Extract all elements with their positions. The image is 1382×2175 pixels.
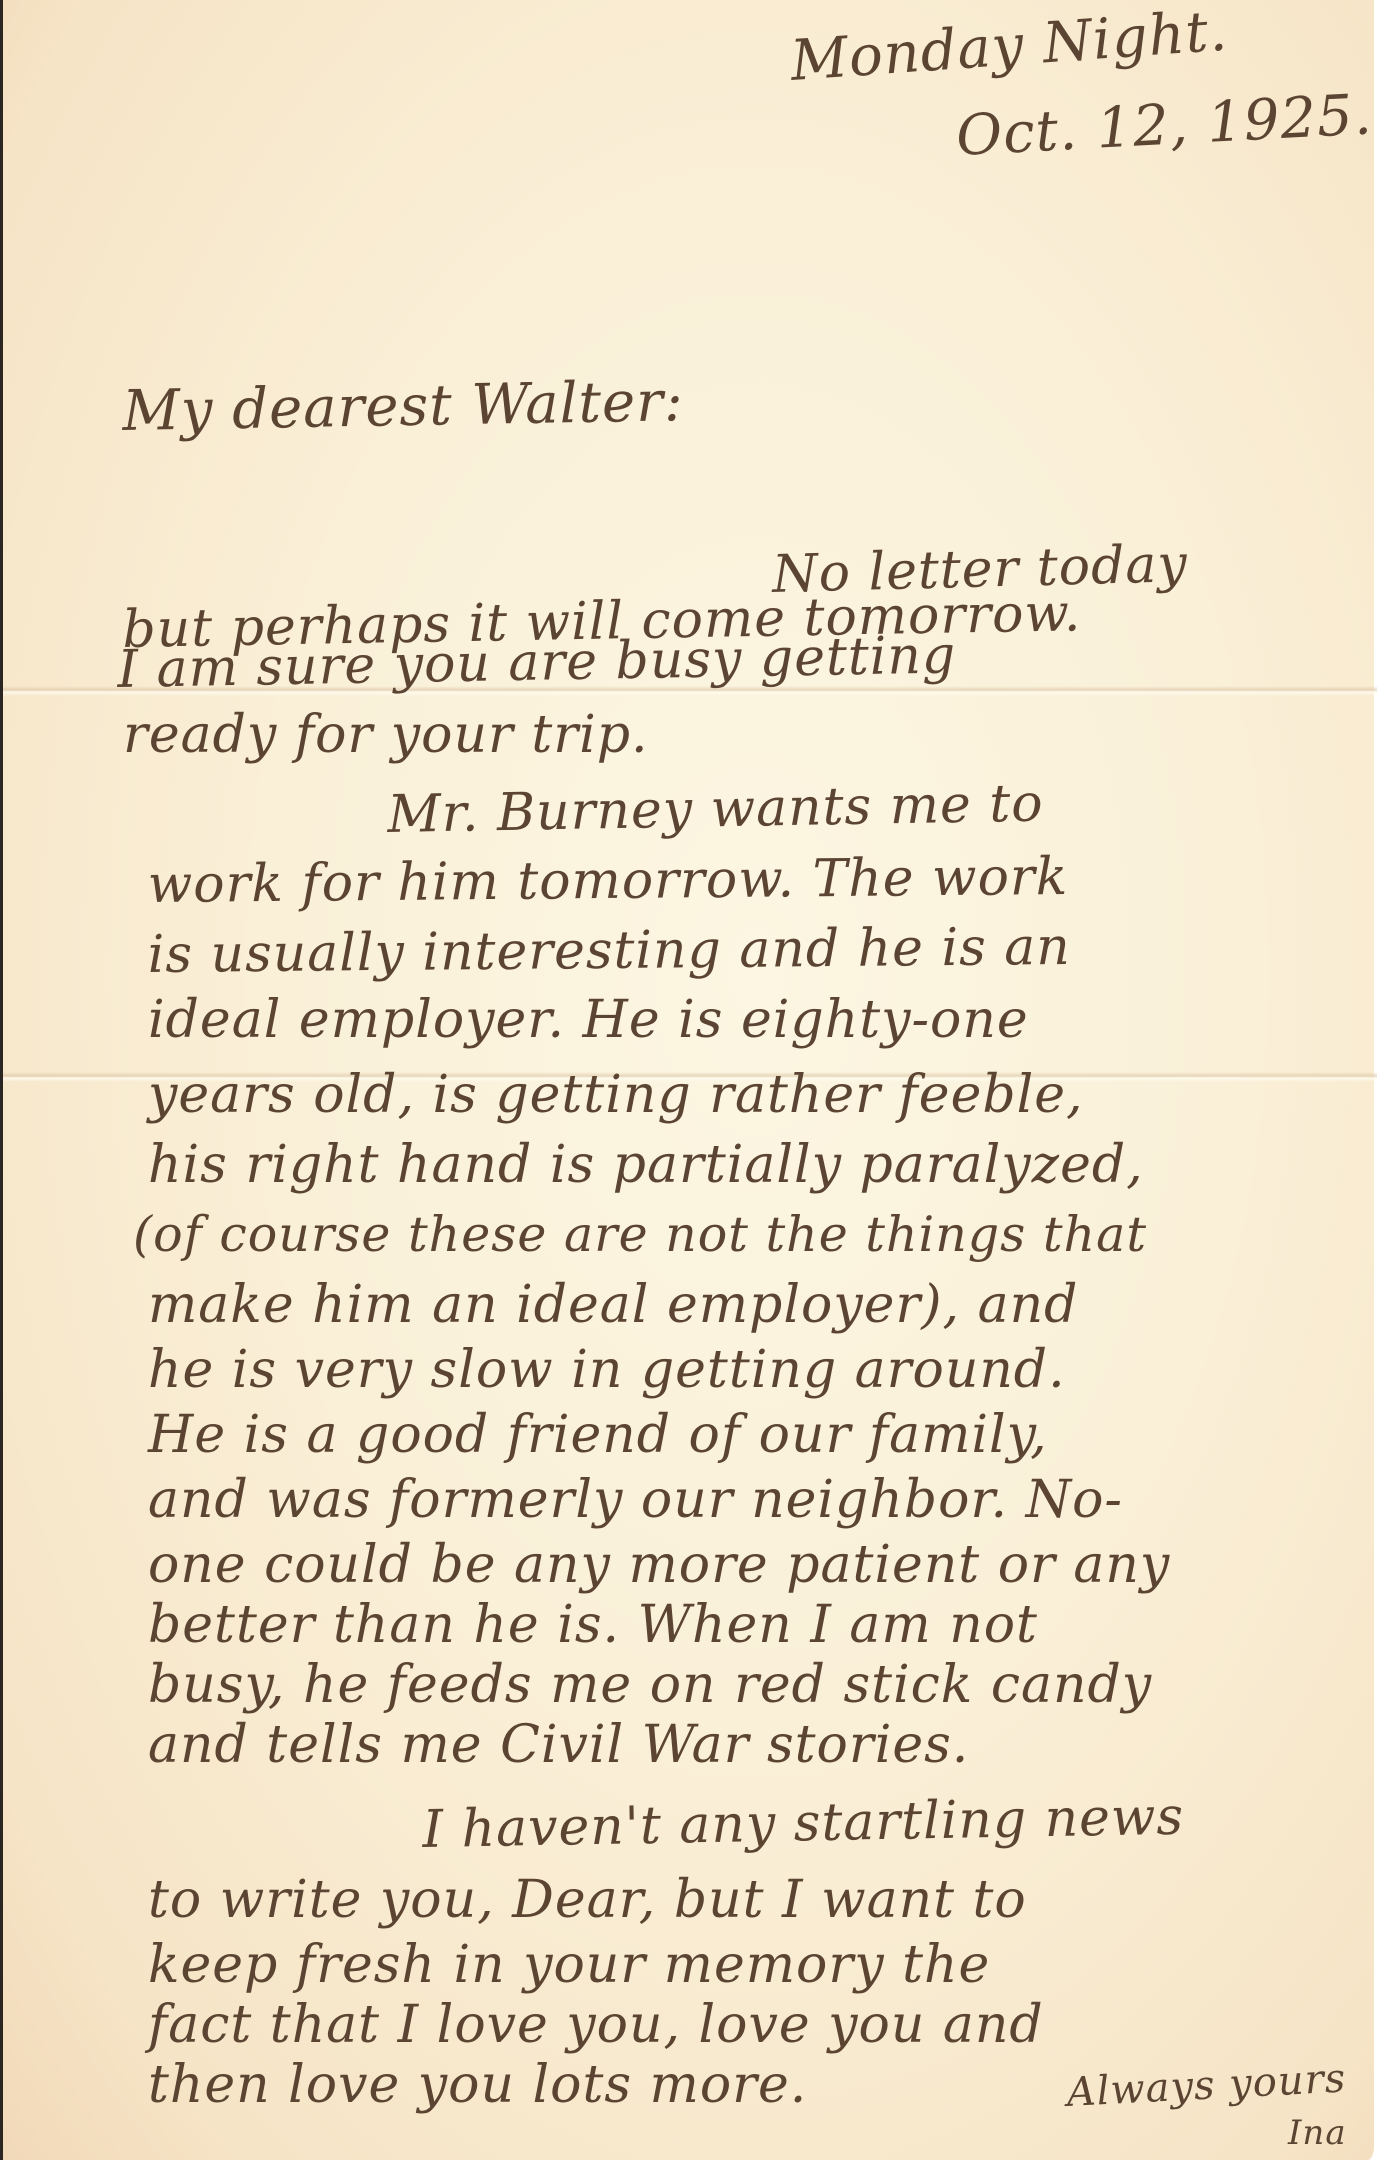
paragraph-line: ideal employer. He is eighty-one <box>148 990 1029 1050</box>
paragraph-line: keep fresh in your memory the <box>148 1935 990 1995</box>
paragraph-line: better than he is. When I am not <box>148 1595 1038 1655</box>
paragraph-line: one could be any more patient or any <box>148 1535 1170 1595</box>
closing: Always yours <box>1066 2055 1348 2116</box>
paragraph-line: he is very slow in getting around. <box>148 1340 1066 1400</box>
paragraph-line: make him an ideal employer), and <box>148 1275 1078 1335</box>
paragraph-line: and tells me Civil War stories. <box>148 1715 969 1775</box>
paragraph-line: fact that I love you, love you and <box>148 1995 1044 2055</box>
paragraph-line: his right hand is partially paralyzed, <box>148 1135 1144 1195</box>
paragraph-line: and was formerly our neighbor. No- <box>148 1470 1123 1530</box>
paragraph-line: work for him tomorrow. The work <box>147 847 1068 915</box>
paragraph-line: busy, he feeds me on red stick candy <box>148 1655 1152 1715</box>
paragraph-line: Mr. Burney wants me to <box>387 774 1044 845</box>
letter-paper: Monday Night. Oct. 12, 1925. My dearest … <box>0 0 1374 2160</box>
paragraph-line: I haven't any startling news <box>422 1787 1185 1860</box>
paragraph-line: He is a good friend of our family, <box>148 1405 1048 1465</box>
paragraph-line: ready for your trip. <box>123 705 649 765</box>
paragraph-line: years old, is getting rather feeble, <box>148 1065 1084 1125</box>
signature: Ina <box>1288 2110 1347 2156</box>
dateline-day: Monday Night. <box>789 0 1230 94</box>
paragraph-line: is usually interesting and he is an <box>147 917 1071 985</box>
salutation: My dearest Walter: <box>122 370 684 444</box>
paragraph-line: (of course these are not the things that <box>133 1205 1147 1265</box>
paragraph-line: to write you, Dear, but I want to <box>148 1870 1027 1930</box>
paragraph-line: then love you lots more. <box>148 2055 807 2115</box>
dateline-date: Oct. 12, 1925. <box>955 83 1374 169</box>
